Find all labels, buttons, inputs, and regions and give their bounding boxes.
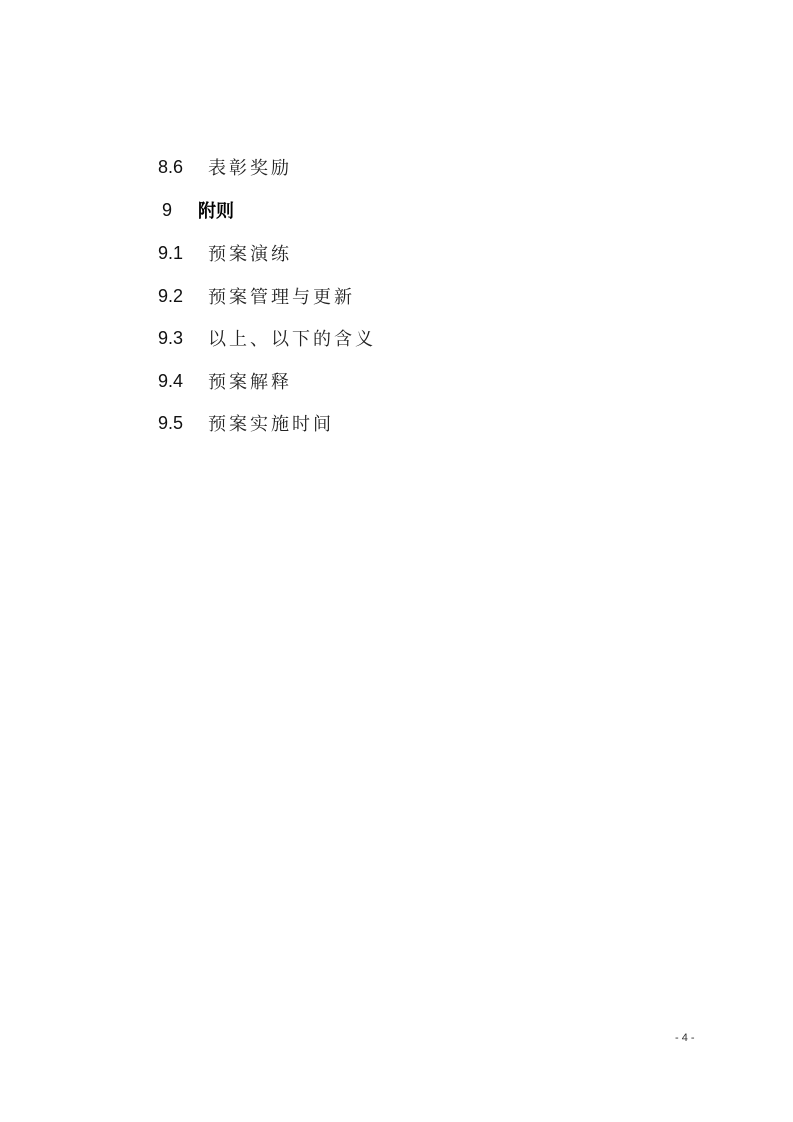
toc-entry-number: 9.2 [158, 286, 208, 307]
toc-entry-number: 9.5 [158, 413, 208, 434]
toc-entry-number: 9.3 [158, 328, 208, 349]
toc-entry-number: 9.4 [158, 371, 208, 392]
toc-entry-9-2: 9.2 预案管理与更新 [158, 283, 355, 309]
toc-entry-9: 9 附则 [158, 197, 234, 223]
toc-entry-number: 9 [158, 200, 198, 221]
toc-entry-8-6: 8.6 表彰奖励 [158, 154, 292, 180]
toc-entry-title: 预案演练 [208, 240, 292, 266]
toc-entry-title: 附则 [198, 197, 234, 223]
toc-entry-title: 预案管理与更新 [208, 283, 355, 309]
page-number: - 4 - [675, 1032, 695, 1044]
toc-entry-9-1: 9.1 预案演练 [158, 240, 292, 266]
toc-entry-title: 预案解释 [208, 368, 292, 394]
document-page: 8.6 表彰奖励 9 附则 9.1 预案演练 9.2 预案管理与更新 9.3 以… [0, 0, 793, 1122]
toc-entry-number: 9.1 [158, 243, 208, 264]
toc-entry-number: 8.6 [158, 157, 208, 178]
toc-entry-title: 预案实施时间 [208, 410, 334, 436]
toc-entry-9-3: 9.3 以上、以下的含义 [158, 325, 376, 351]
toc-entry-title: 以上、以下的含义 [208, 325, 376, 351]
toc-entry-title: 表彰奖励 [208, 154, 292, 180]
toc-entry-9-4: 9.4 预案解释 [158, 368, 292, 394]
toc-entry-9-5: 9.5 预案实施时间 [158, 410, 334, 436]
